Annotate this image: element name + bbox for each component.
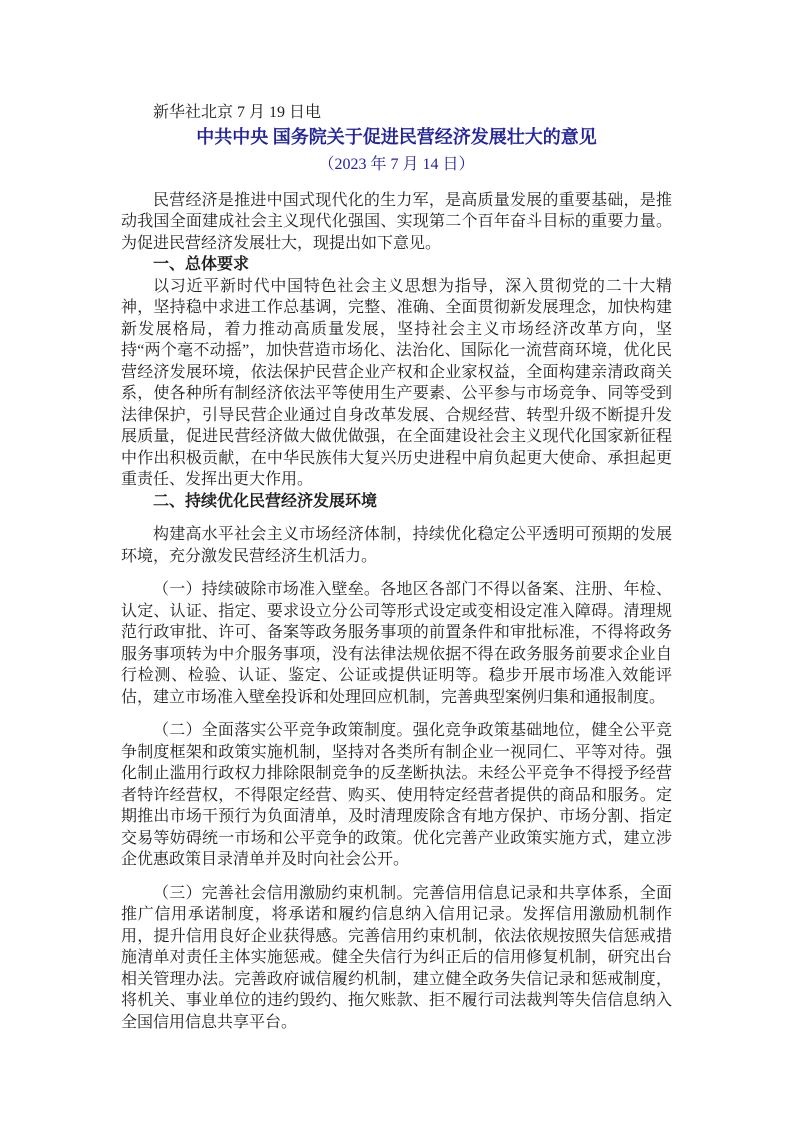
document-date: （2023 年 7 月 14 日） xyxy=(121,151,672,178)
section-1-heading: 一、总体要求 xyxy=(121,254,672,276)
section-2-item-1: （一）持续破除市场准入壁垒。各地区各部门不得以备案、注册、年检、认定、认证、指定… xyxy=(121,579,672,708)
section-2-item-2: （二）全面落实公平竞争政策制度。强化竞争政策基础地位，健全公平竞争制度框架和政策… xyxy=(121,720,672,871)
section-2-item-3: （三）完善社会信用激励约束机制。完善信用信息记录和共享体系，全面推广信用承诺制度… xyxy=(121,883,672,1034)
section-1-paragraph-1: 以习近平新时代中国特色社会主义思想为指导，深入贯彻党的二十大精神，坚持稳中求进工… xyxy=(121,276,672,491)
document-page: 新华社北京 7 月 19 日电 中共中央 国务院关于促进民营经济发展壮大的意见 … xyxy=(0,0,793,1122)
section-2-paragraph-1: 构建高水平社会主义市场经济体制，持续优化稳定公平透明可预期的发展环境，充分激发民… xyxy=(121,524,672,567)
section-2-heading: 二、持续优化民营经济发展环境 xyxy=(121,491,672,513)
document-title: 中共中央 国务院关于促进民营经济发展壮大的意见 xyxy=(121,124,672,151)
document-content: 新华社北京 7 月 19 日电 中共中央 国务院关于促进民营经济发展壮大的意见 … xyxy=(121,102,672,1033)
intro-paragraph: 民营经济是推进中国式现代化的生力军，是高质量发展的重要基础，是推动我国全面建成社… xyxy=(121,190,672,255)
news-dateline: 新华社北京 7 月 19 日电 xyxy=(121,102,672,124)
